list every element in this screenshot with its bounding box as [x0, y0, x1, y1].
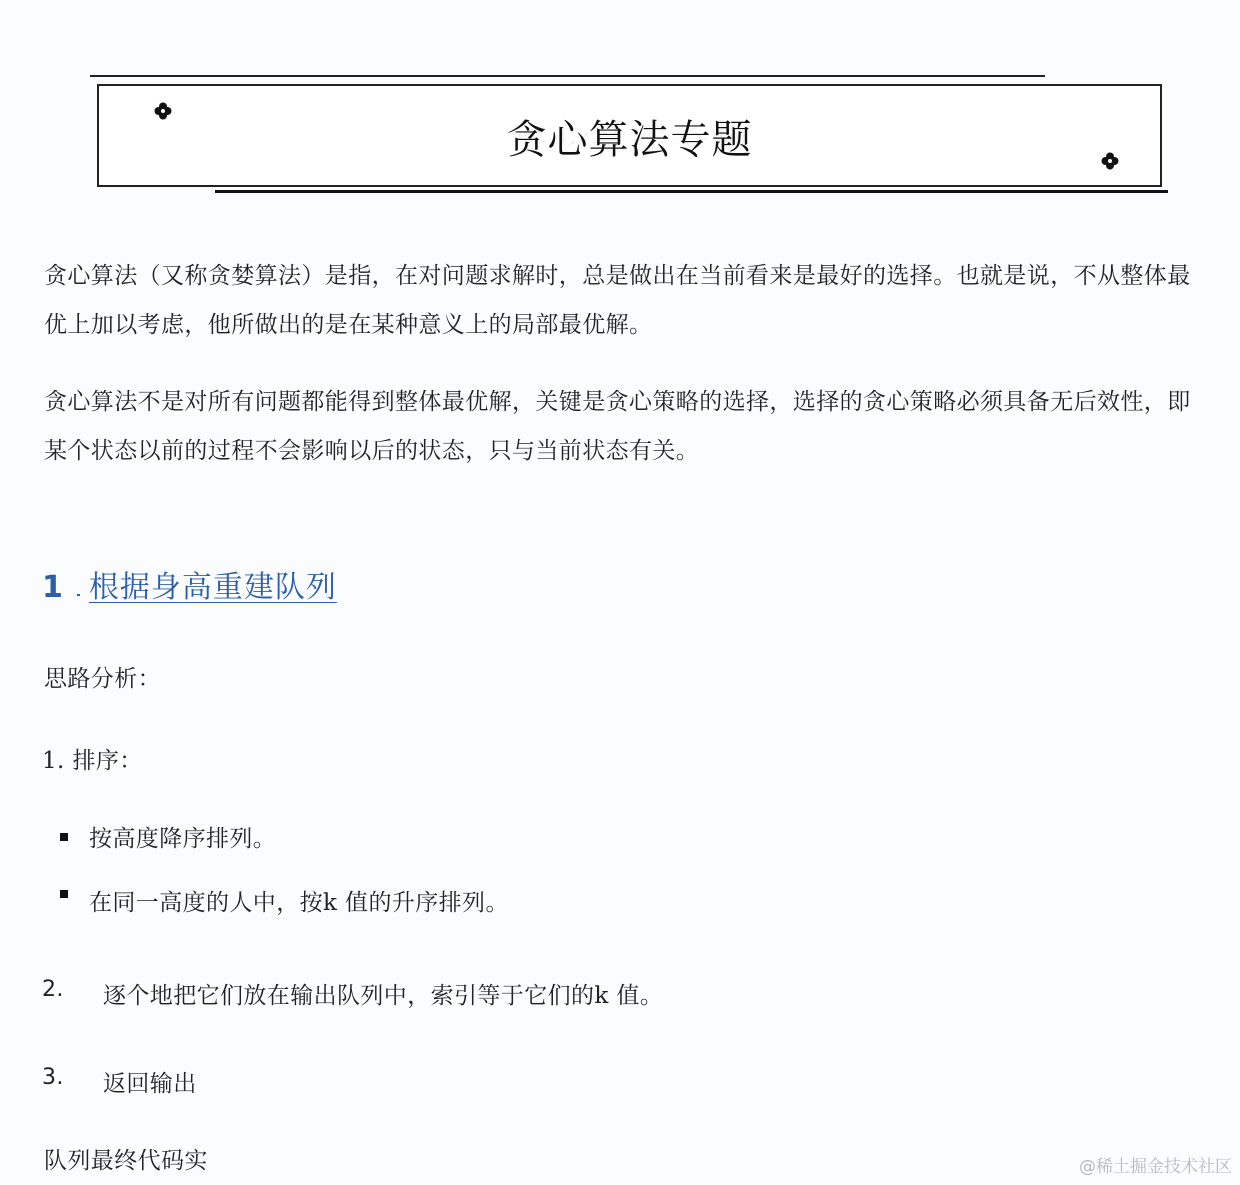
- title-top-rule: [90, 75, 1045, 77]
- list-item-text: 在同一高度的人中，按k 值的升序排列。: [89, 884, 509, 917]
- list-item: 按高度降序排列。: [60, 820, 276, 853]
- intro-paragraph: 贪心算法（又称贪婪算法）是指，在对问题求解时，总是做出在当前看来是最好的选择。也…: [44, 252, 1204, 350]
- step-2: 2. 逐个地把它们放在输出队列中，索引等于它们的k 值。: [42, 977, 663, 1010]
- title-bottom-rule: [215, 190, 1168, 193]
- bullet-square-icon: [60, 833, 68, 841]
- bullet-square-icon: [60, 890, 68, 898]
- watermark: @稀土掘金技术社区: [1079, 1152, 1232, 1177]
- step-3: 3. 返回输出: [42, 1065, 197, 1098]
- step-number: 3.: [42, 1065, 103, 1098]
- section-heading: 1 根据身高重建队列: [42, 562, 337, 606]
- intro-paragraph-2: 贪心算法不是对所有问题都能得到整体最优解，关键是贪心策略的选择，选择的贪心策略必…: [44, 378, 1204, 476]
- page-title: 贪心算法专题: [99, 108, 1160, 165]
- section-title-link[interactable]: 根据身高重建队列: [71, 562, 337, 606]
- step-text: 逐个地把它们放在输出队列中，索引等于它们的k 值。: [103, 977, 663, 1010]
- quatrefoil-icon: [1101, 152, 1119, 170]
- list-item-text: 按高度降序排列。: [89, 820, 276, 853]
- list-item: 在同一高度的人中，按k 值的升序排列。: [60, 884, 509, 917]
- section-number: 1: [42, 570, 63, 605]
- step-number: 2.: [42, 977, 103, 1010]
- step-1-label: 1. 排序：: [42, 742, 143, 775]
- title-box: 贪心算法专题 贪心算法专题: [97, 84, 1162, 187]
- analysis-label: 思路分析：: [44, 660, 161, 693]
- step-text: 返回输出: [103, 1065, 197, 1098]
- final-code-line: 队列最终代码实: [44, 1142, 208, 1175]
